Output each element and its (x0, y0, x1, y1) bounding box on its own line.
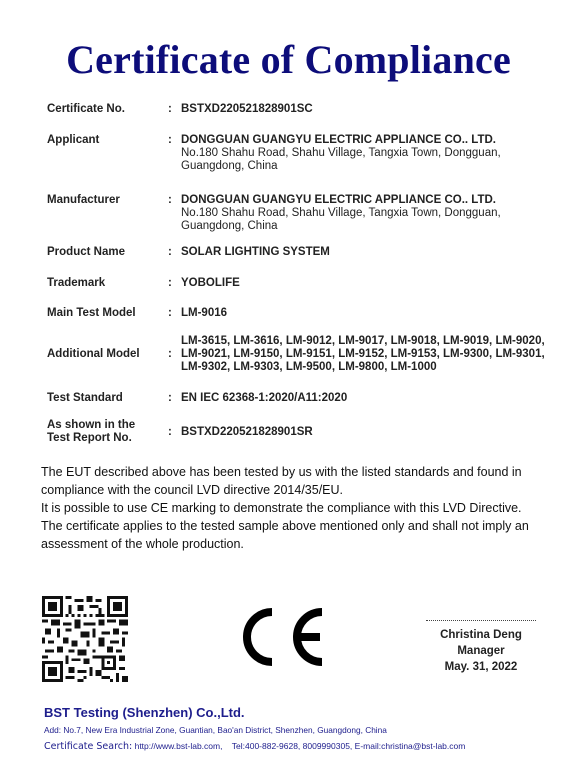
test-report-label-line2: Test Report No. (47, 432, 135, 445)
test-report-label-line1: As shown in the (47, 419, 135, 432)
applicant-value: DONGGUAN GUANGYU ELECTRIC APPLIANCE CO..… (181, 134, 501, 173)
additional-model-label: Additional Model (47, 348, 140, 361)
ce-mark-icon (238, 606, 326, 668)
additional-model-line2: LM-9021, LM-9150, LM-9151, LM-9152, LM-9… (181, 348, 545, 361)
test-standard-value: EN IEC 62368-1:2020/A11:2020 (181, 392, 347, 405)
certificate-no-label: Certificate No. (47, 103, 125, 116)
trademark-label: Trademark (47, 277, 105, 290)
applicant-address-line2: Guangdong, China (181, 160, 501, 173)
main-test-model-label: Main Test Model (47, 307, 136, 320)
signature-line (426, 620, 536, 621)
product-name-label: Product Name (47, 246, 125, 259)
certificate-search-label: Certificate Search: (44, 741, 132, 752)
colon: : (168, 277, 172, 289)
footer-company-name: BST Testing (Shenzhen) Co.,Ltd. (44, 705, 245, 720)
manufacturer-address-line2: Guangdong, China (181, 220, 501, 233)
signature-block: Christina Deng Manager May. 31, 2022 (420, 620, 542, 675)
test-standard-label: Test Standard (47, 392, 123, 405)
website-link[interactable]: http://www.bst-lab.com, (135, 741, 223, 751)
compliance-statement: The EUT described above has been tested … (41, 463, 561, 553)
colon: : (168, 348, 172, 360)
colon: : (168, 103, 172, 115)
manufacturer-name: DONGGUAN GUANGYU ELECTRIC APPLIANCE CO..… (181, 194, 496, 206)
colon: : (168, 426, 172, 438)
trademark-value: YOBOLIFE (181, 277, 240, 290)
test-report-label: As shown in the Test Report No. (47, 419, 135, 445)
product-name-value: SOLAR LIGHTING SYSTEM (181, 246, 330, 259)
colon: : (168, 134, 172, 146)
statement-paragraph-3: The certificate applies to the tested sa… (41, 517, 561, 553)
applicant-name: DONGGUAN GUANGYU ELECTRIC APPLIANCE CO..… (181, 134, 496, 146)
qr-code-icon[interactable] (42, 596, 128, 682)
manufacturer-value: DONGGUAN GUANGYU ELECTRIC APPLIANCE CO..… (181, 194, 501, 233)
additional-model-value: LM-3615, LM-3616, LM-9012, LM-9017, LM-9… (181, 335, 545, 374)
footer-address: Add: No.7, New Era Industrial Zone, Guan… (44, 725, 387, 735)
certificate-no-value: BSTXD220521828901SC (181, 103, 313, 116)
main-test-model-value: LM-9016 (181, 307, 227, 320)
phone-numbers: Tel:400-882-9628, 8009990305, (232, 741, 353, 751)
signature-date: May. 31, 2022 (420, 659, 542, 675)
manufacturer-address-line1: No.180 Shahu Road, Shahu Village, Tangxi… (181, 207, 501, 220)
colon: : (168, 392, 172, 404)
additional-model-line1: LM-3615, LM-3616, LM-9012, LM-9017, LM-9… (181, 335, 545, 348)
colon: : (168, 307, 172, 319)
certificate-title: Certificate of Compliance (0, 36, 577, 83)
signatory-title: Manager (420, 643, 542, 659)
footer-contact: Certificate Search: http://www.bst-lab.c… (44, 741, 465, 752)
applicant-address-line1: No.180 Shahu Road, Shahu Village, Tangxi… (181, 147, 501, 160)
additional-model-line3: LM-9302, LM-9303, LM-9500, LM-9800, LM-1… (181, 361, 545, 374)
applicant-label: Applicant (47, 134, 99, 147)
colon: : (168, 194, 172, 206)
signatory-name: Christina Deng (420, 627, 542, 643)
statement-paragraph-1: The EUT described above has been tested … (41, 463, 561, 499)
colon: : (168, 246, 172, 258)
statement-paragraph-2: It is possible to use CE marking to demo… (41, 499, 561, 517)
test-report-value: BSTXD220521828901SR (181, 426, 313, 439)
email-link[interactable]: E-mail:christina@bst-lab.com (355, 741, 466, 751)
manufacturer-label: Manufacturer (47, 194, 120, 207)
